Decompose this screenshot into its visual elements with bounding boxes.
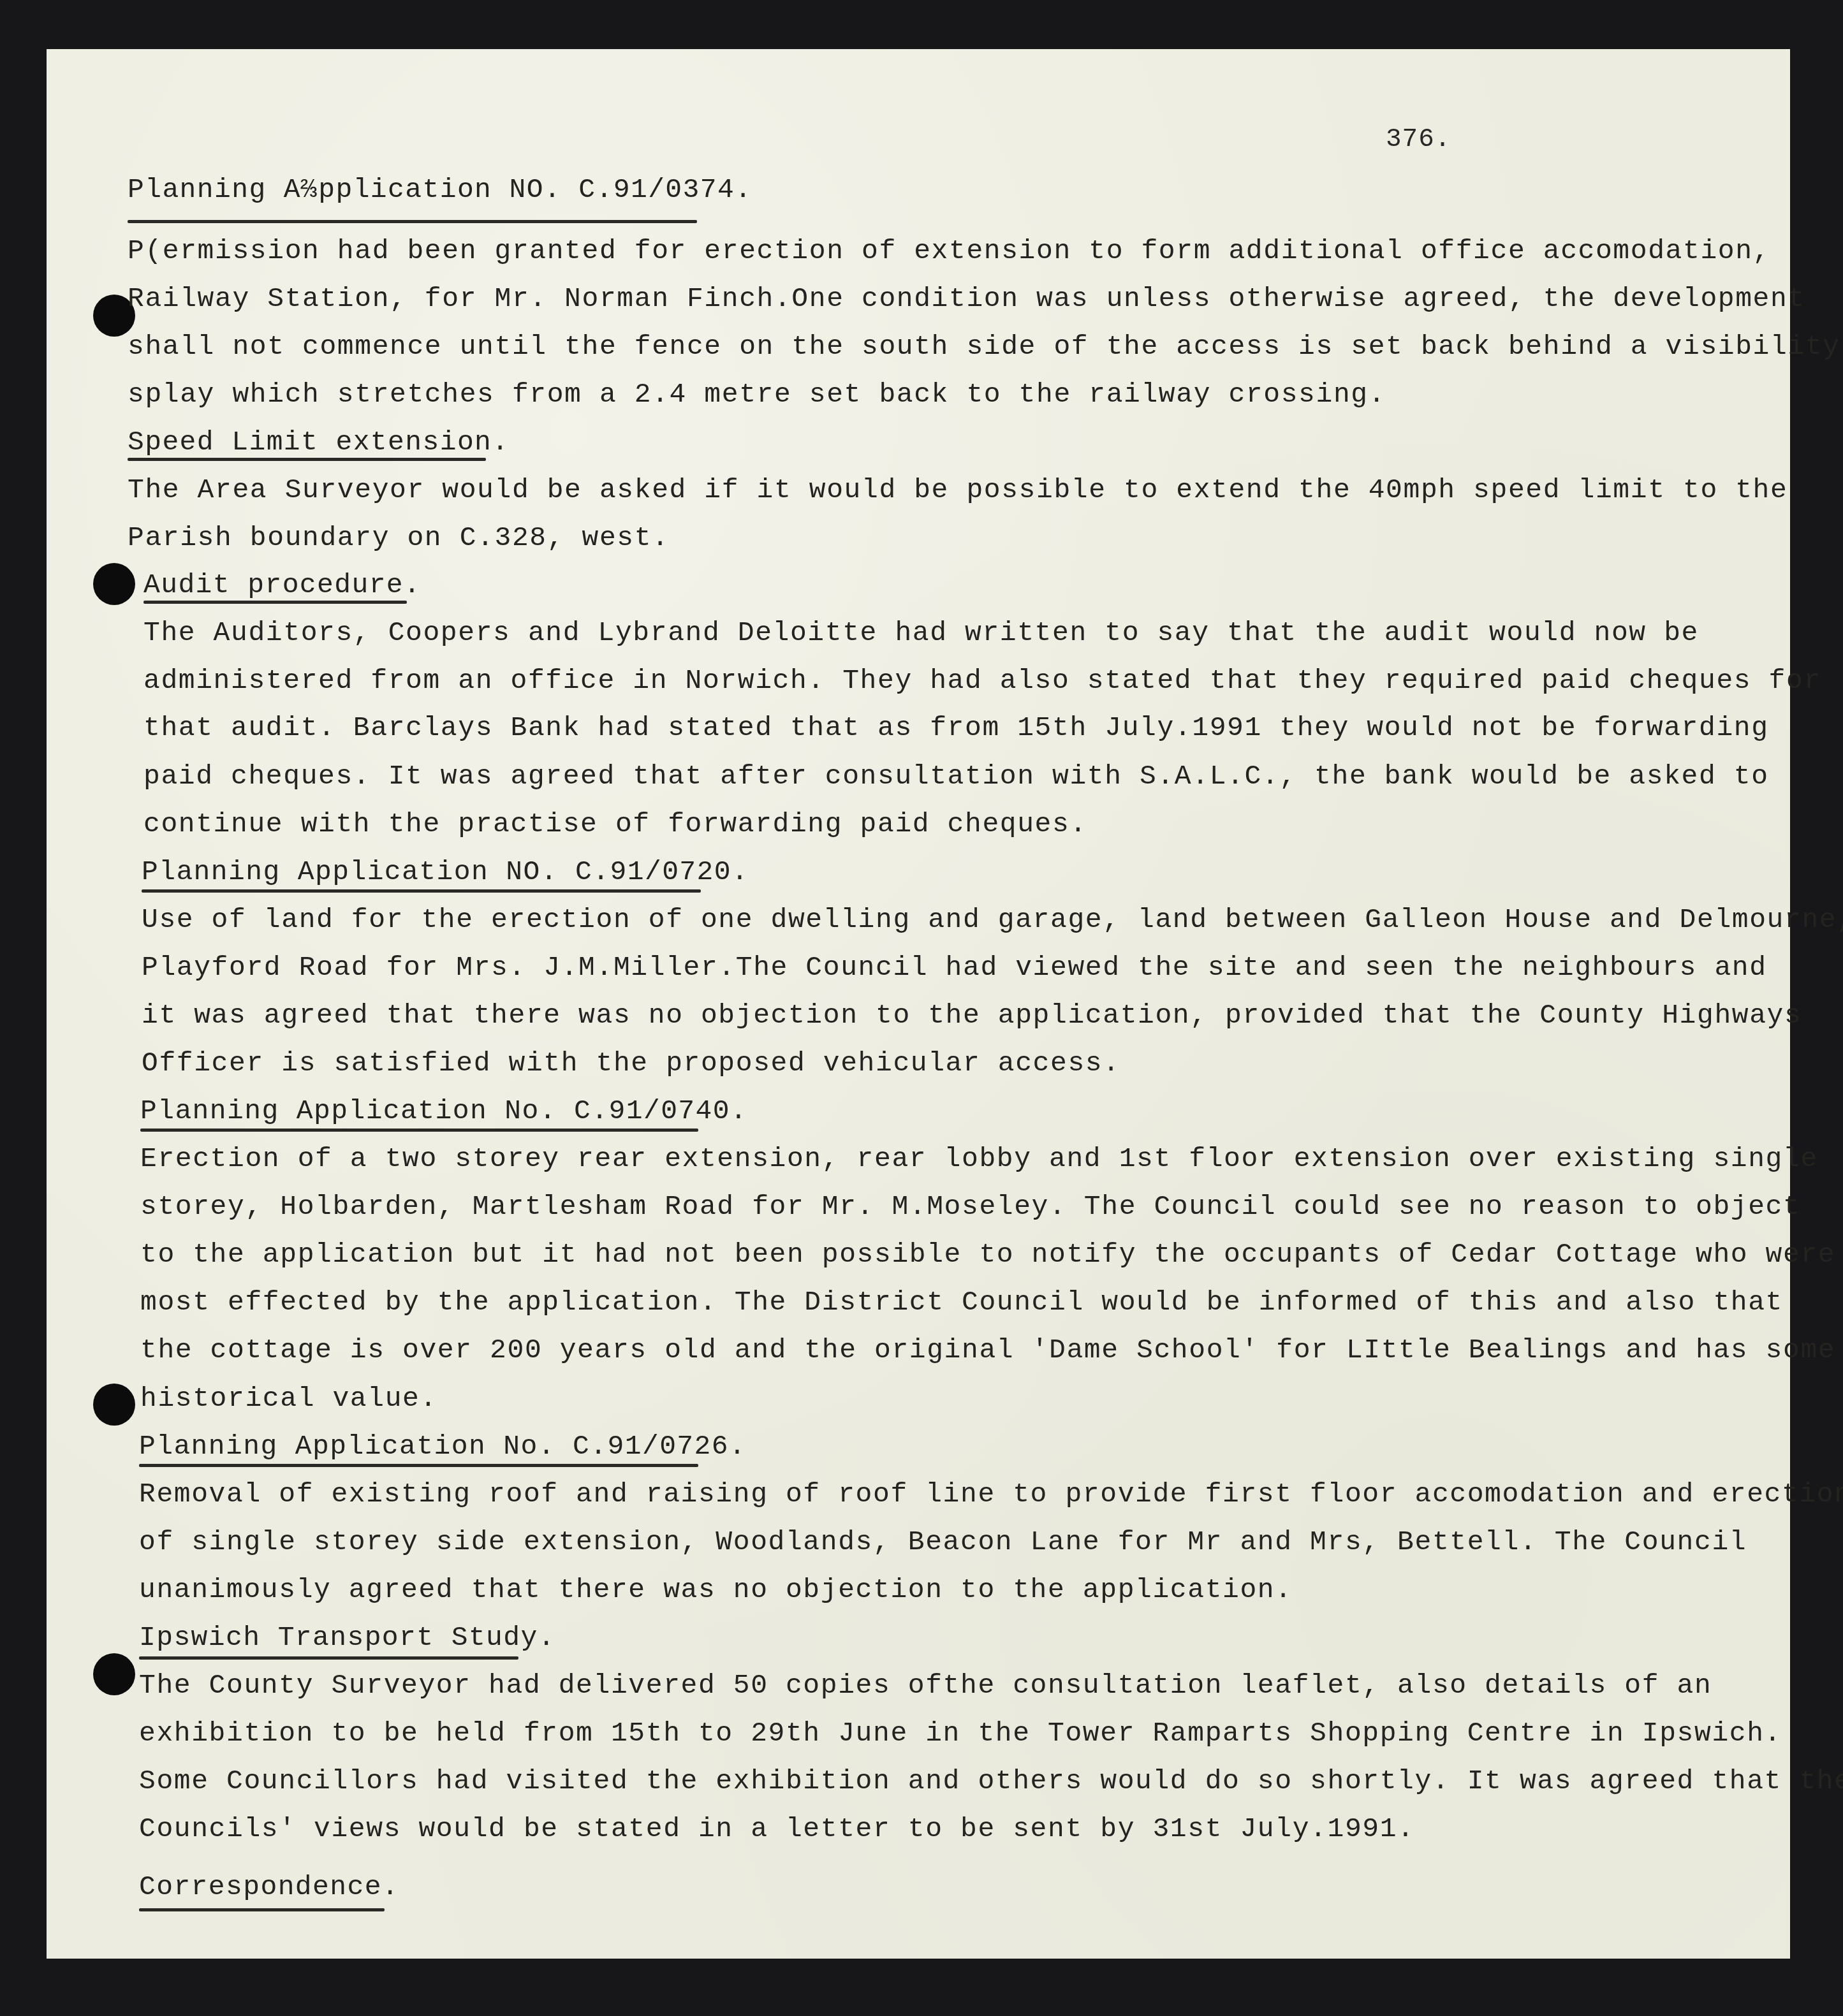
heading-underline [128, 458, 486, 461]
body-line: Parish boundary on C.328, west. [128, 524, 670, 551]
body-line: it was agreed that there was no objectio… [142, 1002, 1802, 1029]
heading-underline [140, 1129, 698, 1132]
body-line: exhibition to be held from 15th to 29th … [139, 1720, 1782, 1747]
body-line: Use of land for the erection of one dwel… [142, 906, 1843, 933]
body-line: continue with the practise of forwarding… [143, 810, 1087, 838]
section-heading: Speed Limit extension. [128, 428, 510, 456]
body-line: Removal of existing roof and raising of … [139, 1480, 1843, 1508]
page-number: 376. [1386, 125, 1451, 154]
body-line: the cottage is over 200 years old and th… [140, 1336, 1835, 1364]
body-line: storey, Holbarden, Martlesham Road for M… [140, 1193, 1800, 1220]
body-line: Councils' views would be stated in a let… [139, 1815, 1415, 1843]
body-line: administered from an office in Norwich. … [143, 667, 1821, 694]
body-line: The County Surveyor had delivered 50 cop… [139, 1672, 1712, 1699]
punch-hole [93, 563, 135, 605]
body-line: Erection of a two storey rear extension,… [140, 1145, 1818, 1172]
body-line: to the application but it had not been p… [140, 1241, 1835, 1268]
body-line: The Auditors, Coopers and Lybrand Deloit… [143, 619, 1699, 646]
body-line: unanimously agreed that there was no obj… [139, 1576, 1293, 1603]
body-line: The Area Surveyor would be asked if it w… [128, 476, 1788, 504]
section-heading: Audit procedure. [143, 571, 421, 599]
heading-underline [143, 601, 407, 604]
body-line: Railway Station, for Mr. Norman Finch.On… [128, 285, 1805, 312]
heading-underline [128, 220, 697, 223]
body-line: Playford Road for Mrs. J.M.Miller.The Co… [142, 954, 1767, 981]
body-line: that audit. Barclays Bank had stated tha… [143, 714, 1769, 741]
section-heading: Planning A⅔pplication NO. C.91/0374. [128, 176, 752, 203]
heading-underline [139, 1908, 385, 1911]
section-heading: Planning Application NO. C.91/0720. [142, 858, 749, 886]
body-line: Some Councillors had visited the exhibit… [139, 1767, 1843, 1795]
body-line: P(ermission had been granted for erectio… [128, 237, 1770, 265]
body-line: of single storey side extension, Woodlan… [139, 1528, 1747, 1556]
body-line: shall not commence until the fence on th… [128, 333, 1840, 360]
body-line: Officer is satisfied with the proposed v… [142, 1049, 1120, 1077]
body-line: splay which stretches from a 2.4 metre s… [128, 381, 1386, 408]
section-heading: Planning Application No. C.91/0740. [140, 1097, 747, 1125]
section-heading: Planning Application No. C.91/0726. [139, 1433, 746, 1460]
body-line: historical value. [140, 1385, 437, 1412]
heading-underline [139, 1464, 698, 1467]
heading-underline [139, 1656, 518, 1660]
section-heading: Correspondence. [139, 1873, 399, 1901]
punch-hole [93, 1384, 135, 1426]
section-heading: Ipswich Transport Study. [139, 1624, 555, 1651]
heading-underline [142, 889, 701, 893]
body-line: paid cheques. It was agreed that after c… [143, 763, 1769, 790]
body-line: most effected by the application. The Di… [140, 1289, 1783, 1316]
punch-hole [93, 1653, 135, 1695]
